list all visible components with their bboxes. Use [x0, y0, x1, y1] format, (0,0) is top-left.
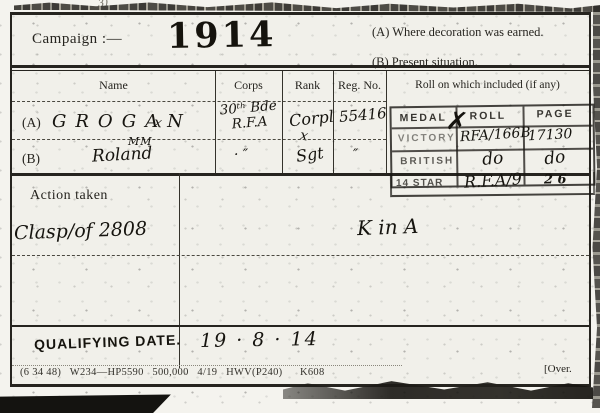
star-roll-value: R.F.A/9	[463, 169, 522, 192]
card-frame: Campaign :— 1914 (A) Where decoration wa…	[10, 12, 591, 387]
star-medal-label: 14 STAR	[396, 178, 444, 189]
top-section-rule	[12, 65, 589, 68]
row-b-name: Roland	[92, 143, 153, 166]
row-b-reg-ditto: ″	[353, 147, 358, 163]
top-section-rule-thin	[12, 70, 589, 71]
action-right-entry: K in A	[357, 214, 419, 240]
british-medal-label: BRITISH	[400, 156, 454, 168]
torn-edge-right	[590, 6, 600, 408]
row-a-corps: 30ᵗʰ Bde R.F.A	[216, 98, 282, 133]
col-header-name: Name	[12, 78, 215, 93]
british-roll-value: do	[481, 148, 504, 170]
campaign-year-stamp: 1914	[167, 14, 277, 57]
row-a-underline	[12, 139, 386, 140]
roll-header: ROLL	[469, 110, 506, 123]
col-header-roll: Roll on which included (if any)	[386, 79, 589, 91]
divider-reg-roll	[386, 71, 387, 173]
header-underline	[12, 101, 386, 102]
medal-index-card-scan: 3) Campaign :— 1914 (A) Where decoration…	[0, 0, 600, 413]
medal-header: MEDAL	[400, 112, 448, 125]
row-b-rank: Sgt	[295, 143, 325, 166]
divider-corps-rank	[282, 71, 283, 173]
row-a-rank-mark: x	[299, 127, 310, 144]
row-a-name-mark: x	[153, 115, 163, 132]
victory-roll-value: RFA/166B	[459, 125, 531, 146]
star-row: 14 STAR R.F.A/9 2 6	[390, 172, 595, 197]
campaign-label: Campaign :—	[32, 31, 122, 48]
row-b-corps-ditto: · ″	[234, 147, 248, 163]
victory-page-value: 17130	[527, 126, 572, 144]
row-b-prefix: (B)	[22, 151, 40, 167]
star-page-value: 2 6	[544, 172, 567, 187]
row-a-reg-no: 55416	[338, 104, 387, 126]
qualifying-date-value: 19 · 8 · 14	[200, 328, 319, 352]
qualifying-top-rule	[12, 325, 589, 327]
page-header: PAGE	[536, 108, 573, 121]
printer-code: (6 34 48) W234—HP5590 500,000 4/19 HWV(P…	[20, 367, 325, 378]
qualifying-date-stamp: QUALIFYING DATE.	[34, 331, 182, 352]
col-header-reg-no: Reg. No.	[333, 78, 386, 93]
action-taken-label: Action taken	[30, 188, 108, 204]
action-entry: Clasp/of 2808	[14, 218, 148, 245]
british-page-value: do	[543, 147, 566, 169]
action-dashed-rule	[12, 255, 589, 256]
col-header-rank: Rank	[282, 78, 333, 93]
col-header-corps: Corps	[215, 78, 282, 93]
row-a-rank: Corpl	[288, 107, 335, 131]
cross-mark: ✗	[444, 106, 470, 139]
over-label: [Over.	[544, 363, 572, 375]
row-a-prefix: (A)	[22, 115, 41, 131]
divider-name-corps	[215, 71, 216, 173]
row-a-name: GROGAN	[52, 111, 192, 132]
note-a: (A) Where decoration was earned.	[372, 25, 544, 40]
black-bar-bottom-left	[0, 392, 178, 413]
qualifying-dotted-rule	[12, 365, 402, 366]
